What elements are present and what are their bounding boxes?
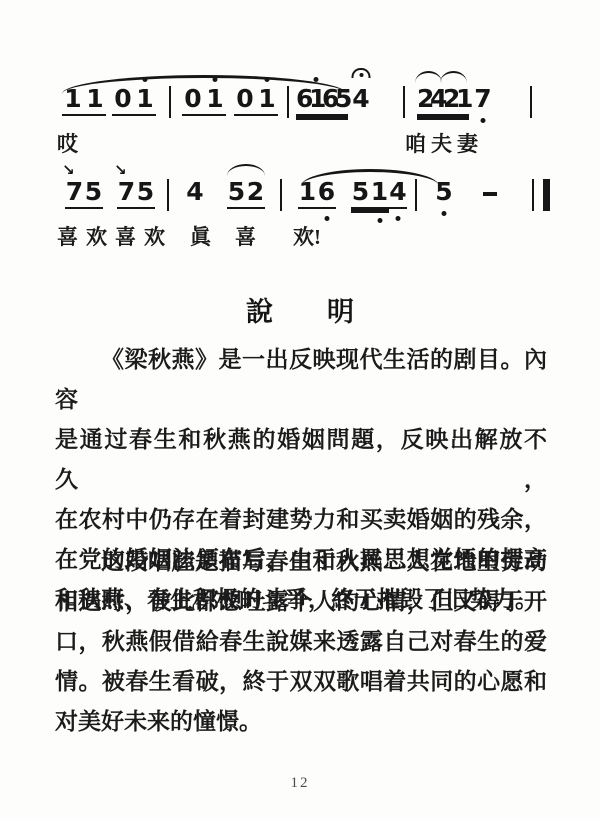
note-digit: 1 [62,84,84,114]
paragraph-2: 这段唱腔是描写春生和秋燕二人在地里劳动相遇时，彼此都想吐露个人的心情，但又碍于开… [55,542,547,742]
beam-group: 16 [298,177,336,209]
beam-group: 6165 [296,84,348,116]
beam-group: 51 [351,177,389,209]
tie-arc [440,71,467,83]
music-line-1: 110101016165424217哎咱夫妻 [55,84,565,164]
note-digit: 4 [186,177,204,207]
lyric-text: 欢! [293,221,321,251]
barline [169,86,171,118]
octave-dot-above [143,77,148,82]
final-barline [532,179,550,211]
text-line: 口，秋燕假借給春生說媒来透露自己对春生的爱 [55,622,547,662]
note: 4 [389,177,407,209]
beam-group: 01 [112,84,156,116]
note-digit: 7↘ [65,177,84,207]
note-digit: 2 [417,84,430,114]
page-number: 12 [0,775,600,792]
section-heading: 說 明 [0,290,600,329]
lyric-text: 喜 [235,221,256,251]
note-digit: 1 [456,84,469,114]
text-line: 这段唱腔是描写春生和秋燕二人在地里劳动 [55,542,547,582]
tie-arc [415,71,442,83]
beam-group: 01 [182,84,226,116]
dash-rest [483,192,497,196]
note-digit: 7↘ [117,177,136,207]
note-digit: 2 [246,177,265,207]
note: 7 [474,84,492,114]
octave-dot-below [324,216,329,221]
note-digit: 1 [134,84,156,114]
note-digit: 1 [256,84,278,114]
octave-dot-above [313,77,318,82]
octave-dot-below [396,216,401,221]
accent-arrow-icon: ↘ [114,155,127,185]
note-digit: 6 [317,177,336,207]
text-line: 情。被春生看破，終于双双歌唱着共同的心愿和 [55,662,547,702]
lyric-text: 眞 [190,221,211,251]
note-digit: 1 [370,177,389,207]
lyric-text: 哎 [57,128,78,158]
beam-group: 7↘5 [65,177,103,209]
note: 4 [186,177,204,207]
octave-dot-below [481,118,486,123]
note: 4 [352,84,370,114]
note-digit: 2 [443,84,456,114]
music-line-2: 7↘57↘5452165145喜欢喜欢眞喜欢! [55,177,565,257]
barline [280,179,282,211]
text-line: 对美好未来的憧憬。 [55,702,547,742]
barline [403,86,405,118]
fermata-icon [352,68,371,78]
note-digit: 6 [296,84,309,114]
note-digit: 5 [335,84,348,114]
beam-group: 7↘5 [117,177,155,209]
note: 5 [435,177,453,207]
note-digit: 5 [136,177,155,207]
barline [167,179,169,211]
note-digit: 4 [389,177,407,207]
note-digit: 5 [227,177,246,207]
lyric-text: 咱夫妻 [405,128,483,158]
text-line: 在农村中仍存在着封建势力和买卖婚姻的残余， [55,500,547,540]
octave-dot-below [377,218,382,223]
scanned-page: 110101016165424217哎咱夫妻 7↘57↘5452165145喜欢… [0,0,600,819]
text-line: 《梁秋燕》是一出反映现代生活的剧目。內容 [55,340,547,420]
note-digit: 1 [298,177,317,207]
text-line: 是通过春生和秋燕的婚姻問題，反映出解放不久， [55,420,547,500]
beam-group: 11 [62,84,106,116]
beam-group: 2421 [417,84,469,116]
note-digit: 0 [182,84,204,114]
accent-arrow-icon: ↘ [62,155,75,185]
note-digit: 0 [112,84,134,114]
note-digit: 6 [322,84,335,114]
note-digit: 4 [430,84,443,114]
note-digit: 5 [435,177,453,207]
barline [530,86,532,118]
note-digit: 1 [309,84,322,114]
octave-dot-below [442,211,447,216]
note-digit: 7 [474,84,492,114]
beam-group: 01 [234,84,278,116]
note-digit: 1 [84,84,106,114]
note-digit: 4 [352,84,370,114]
note-digit: 0 [234,84,256,114]
octave-dot-above [265,77,270,82]
slur-arc [227,164,265,176]
beam-group: 52 [227,177,265,209]
barline [415,179,417,211]
lyric-text: 喜欢喜欢 [57,221,173,251]
note-digit: 5 [84,177,103,207]
note-digit: 1 [204,84,226,114]
octave-dot-above [213,77,218,82]
note-digit: 5 [351,177,370,207]
barline [287,86,289,118]
text-line: 相遇时，彼此都想吐露个人的心情，但又碍于开 [55,582,547,622]
